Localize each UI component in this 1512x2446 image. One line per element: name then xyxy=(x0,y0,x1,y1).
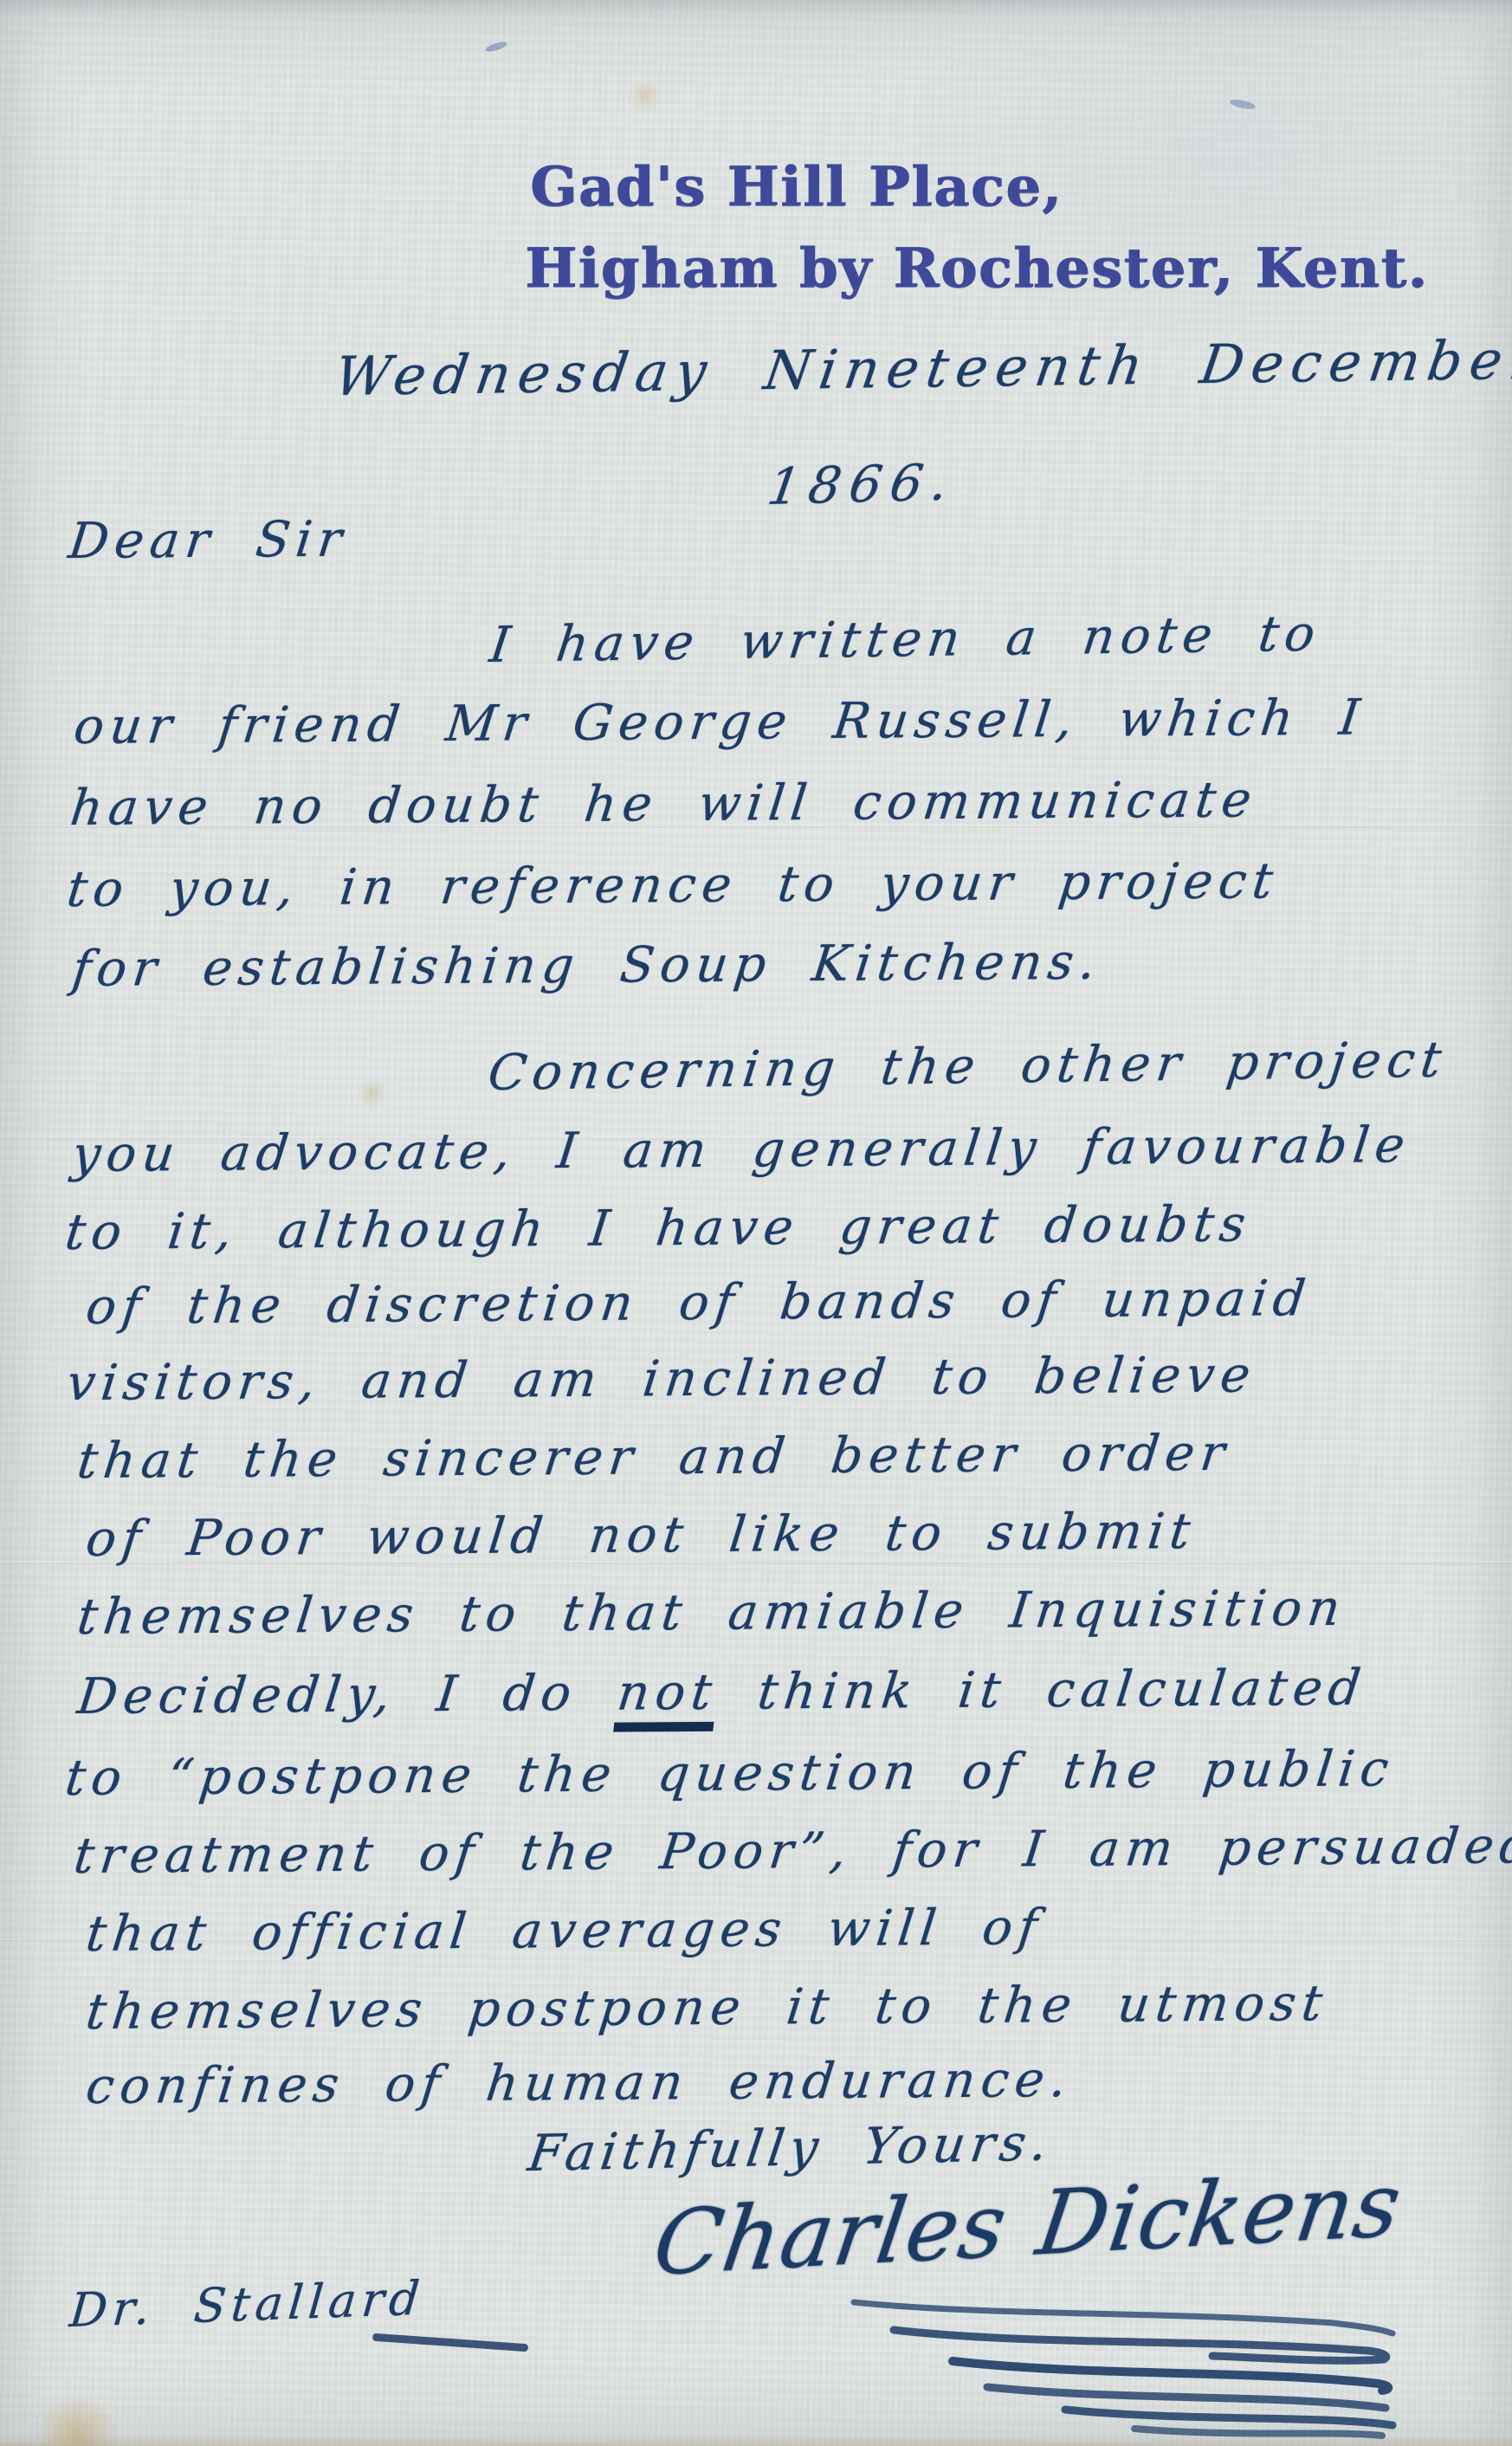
line-text-post: think it calculated xyxy=(714,1660,1370,1721)
manuscript-line: treatment of the Poor”, for I am persuad… xyxy=(71,1817,1512,1885)
date-line1: Wednesday Nineteenth December xyxy=(331,328,1512,408)
manuscript-line: I have written a note to xyxy=(487,605,1324,674)
manuscript-line-underlined: Decidedly, I do not think it calculated xyxy=(74,1660,1369,1725)
manuscript-line: visitors, and am inclined to believe xyxy=(64,1346,1259,1412)
salutation: Dear Sir xyxy=(66,511,351,570)
manuscript-line: Concerning the other project xyxy=(485,1032,1451,1102)
manuscript-line: to you, in reference to your project xyxy=(64,852,1282,918)
manuscript-line: of the discretion of bands of unpaid xyxy=(83,1270,1315,1336)
manuscript-line: to “postpone the question of the public xyxy=(62,1740,1398,1807)
manuscript-line: that official averages will of xyxy=(83,1899,1046,1963)
manuscript-line: that the sincerer and better order xyxy=(74,1425,1234,1490)
letter-page: Gad's Hill Place, Higham by Rochester, K… xyxy=(0,0,1512,2446)
letterhead-line1: Gad's Hill Place, xyxy=(530,154,1063,218)
ink-speck xyxy=(484,40,507,54)
date-line2: 1866. xyxy=(764,452,960,516)
manuscript-line: for establishing Soup Kitchens. xyxy=(69,934,1105,998)
underlined-word: not xyxy=(613,1664,720,1732)
closing: Faithfully Yours. xyxy=(525,2113,1056,2183)
manuscript-line: have no doubt he will communicate xyxy=(68,771,1260,837)
manuscript-line: to it, although I have great doubts xyxy=(62,1195,1255,1261)
manuscript-line: confines of human endurance. xyxy=(83,2051,1076,2115)
letterhead-line2: Higham by Rochester, Kent. xyxy=(525,236,1428,300)
manuscript-line: our friend Mr George Russell, which I xyxy=(71,689,1368,755)
manuscript-line: you advocate, I am generally favourable xyxy=(69,1116,1414,1183)
manuscript-line: themselves to that amiable Inquisition xyxy=(74,1580,1349,1646)
ink-speck xyxy=(1229,98,1256,111)
manuscript-line: of Poor would not like to submit xyxy=(83,1503,1199,1568)
addressee: Dr. Stallard xyxy=(68,2270,427,2338)
manuscript-line: themselves postpone it to the utmost xyxy=(83,1975,1331,2041)
pen-stroke xyxy=(372,2333,528,2352)
signature-flourish xyxy=(849,2294,1403,2441)
line-text-pre: Decidedly, I do xyxy=(74,1665,621,1725)
